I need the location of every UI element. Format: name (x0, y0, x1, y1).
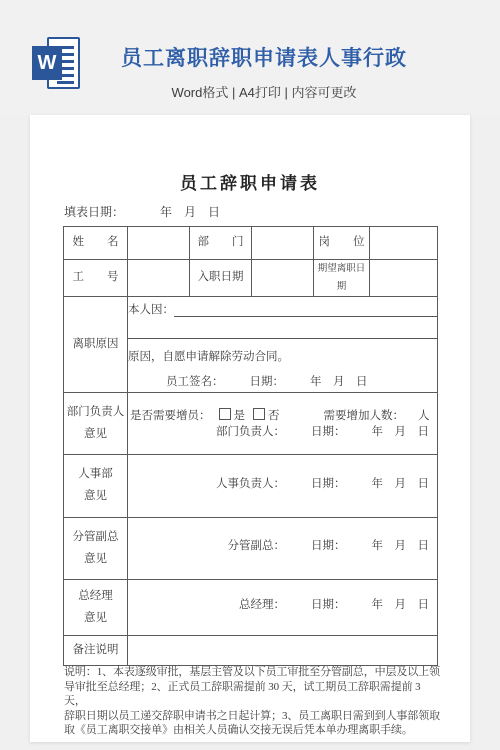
remarks-label: 备注说明 (64, 636, 128, 666)
table-row-remarks: 备注说明 (64, 636, 438, 666)
gm-opinion-label: 总经理 意见 (64, 580, 128, 636)
template-header: W 员工离职辞职申请表人事行政 Word格式 | A4打印 | 内容可更改 (0, 0, 500, 115)
reason-content-cell: 本人因： 原因，自愿申请解除劳动合同。 员工签名： 日期： 年 月 日 (128, 297, 438, 393)
reason-line2: 原因，自愿申请解除劳动合同。 (128, 348, 437, 364)
table-row-hr-opinion: 人事部 意见 人事负责人： 日期： 年 月 日 (64, 455, 438, 518)
employee-id-label: 工 号 (64, 260, 128, 297)
reason-blank-line-1 (174, 304, 437, 317)
checkbox-yes-label: 是 (234, 410, 246, 422)
employee-signature-label: 员工签名： (166, 373, 224, 389)
vp-opinion-label: 分管副总 意见 (64, 518, 128, 580)
hr-date-label: 日期： (311, 475, 346, 491)
table-row-dept-opinion: 部门负责人 意见 是否需要增员：是否需要增加人数：人 部门负责人： 日期： 年 … (64, 393, 438, 455)
gm-date-label: 日期： (311, 596, 346, 612)
dept-opinion-content-cell: 是否需要增员：是否需要增加人数：人 部门负责人： 日期： 年 月 日 (128, 393, 438, 455)
form-notes: 说明：1、本表逐级审批，基层主管及以下员工审批至分管副总，中层及以上领 导审批至… (64, 665, 442, 738)
table-row-vp-opinion: 分管副总 意见 分管副总： 日期： 年 月 日 (64, 518, 438, 580)
employee-signature-ymd: 年 月 日 (310, 373, 368, 389)
employee-id-value-cell (128, 260, 190, 297)
table-row-gm-opinion: 总经理 意见 总经理： 日期： 年 月 日 (64, 580, 438, 636)
reason-blank-line-2 (128, 326, 437, 339)
vp-date-label: 日期： (311, 537, 346, 553)
dept-head-date-label: 日期： (311, 423, 346, 439)
vp-signature-label: 分管副总： (228, 537, 286, 553)
vp-ymd: 年 月 日 (372, 537, 430, 553)
employee-signature-date-label: 日期： (250, 373, 285, 389)
department-label: 部 门 (190, 227, 252, 260)
fill-date-line: 填表日期：年 月 日 (64, 203, 220, 220)
need-replacement-question: 是否需要增员： (130, 410, 211, 422)
hr-ymd: 年 月 日 (372, 475, 430, 491)
table-row-employee-id: 工 号 入职日期 期望离职日期 (64, 260, 438, 297)
checkbox-yes-icon (219, 408, 231, 420)
checkbox-no-label: 否 (268, 410, 280, 422)
gm-opinion-content-cell: 总经理： 日期： 年 月 日 (128, 580, 438, 636)
table-row-name: 姓 名 部 门 岗 位 (64, 227, 438, 260)
headcount-label: 需要增加人数： (324, 410, 405, 422)
hr-opinion-label: 人事部 意见 (64, 455, 128, 518)
expected-leave-date-value-cell (370, 260, 438, 297)
headcount-unit: 人 (418, 410, 430, 422)
name-value-cell (128, 227, 190, 260)
gm-signature-label: 总经理： (239, 596, 285, 612)
hr-opinion-content-cell: 人事负责人： 日期： 年 月 日 (128, 455, 438, 518)
name-label: 姓 名 (64, 227, 128, 260)
reason-label: 离职原因 (64, 297, 128, 393)
gm-ymd: 年 月 日 (372, 596, 430, 612)
department-value-cell (252, 227, 314, 260)
dept-head-ymd: 年 月 日 (372, 423, 430, 439)
entry-date-value-cell (252, 260, 314, 297)
dept-opinion-label: 部门负责人 意见 (64, 393, 128, 455)
reason-line1-prefix: 本人因： (128, 301, 174, 317)
document-preview-page: 员工辞职申请表 填表日期：年 月 日 姓 名 部 门 岗 位 工 号 入职日期 … (30, 115, 470, 742)
expected-leave-date-label: 期望离职日期 (314, 260, 370, 297)
position-label: 岗 位 (314, 227, 370, 260)
position-value-cell (370, 227, 438, 260)
fill-date-ymd: 年 月 日 (160, 205, 220, 219)
vp-opinion-content-cell: 分管副总： 日期： 年 月 日 (128, 518, 438, 580)
fill-date-label: 填表日期： (64, 205, 124, 219)
dept-head-signature-label: 部门负责人： (216, 423, 285, 439)
entry-date-label: 入职日期 (190, 260, 252, 297)
template-subtitle: Word格式 | A4打印 | 内容可更改 (28, 82, 500, 101)
checkbox-no-icon (253, 408, 265, 420)
remarks-content-cell (128, 636, 438, 666)
resignation-form-table: 姓 名 部 门 岗 位 工 号 入职日期 期望离职日期 离职原因 本人因： (63, 226, 438, 666)
table-row-reason: 离职原因 本人因： 原因，自愿申请解除劳动合同。 员工签名： 日期： 年 月 日 (64, 297, 438, 393)
hr-signature-label: 人事负责人： (216, 475, 285, 491)
form-title: 员工辞职申请表 (30, 169, 470, 194)
template-title: 员工离职辞职申请表人事行政 (28, 42, 500, 72)
